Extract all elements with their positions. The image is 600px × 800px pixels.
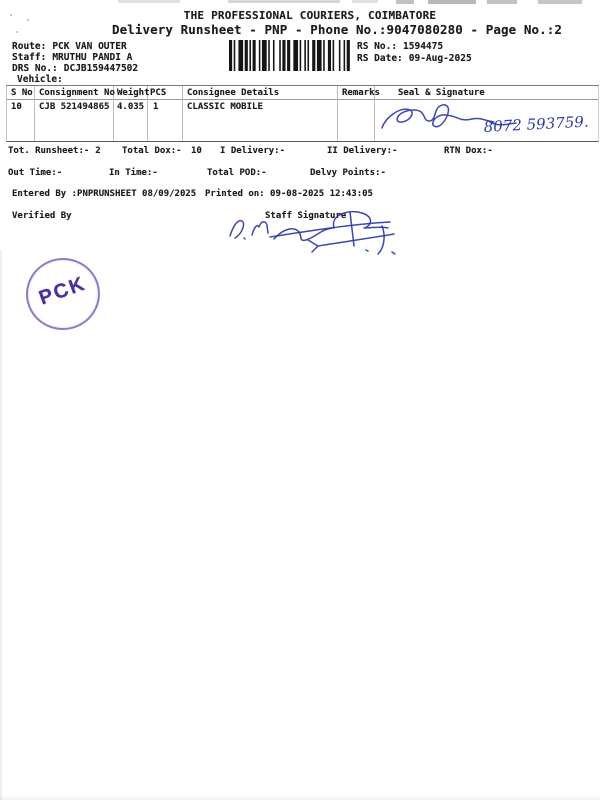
header-consignee-details: Consignee Details	[187, 88, 279, 98]
delvy-points-label: Delvy Points:-	[310, 168, 386, 178]
header-remarks: Remarks	[342, 88, 380, 98]
scan-speck	[10, 14, 12, 16]
scan-artifact	[228, 0, 340, 3]
cell-weight: 4.035	[117, 102, 144, 112]
cell-consignee-details: CLASSIC MOBILE	[187, 102, 263, 112]
rs-no-label: RS No.:	[357, 41, 397, 52]
drs-label: DRS No.:	[12, 63, 58, 74]
scan-artifact	[352, 0, 378, 3]
delivery-i-label: I Delivery:-	[220, 146, 285, 156]
header-consignment-no: Consignment No	[39, 88, 115, 98]
cell-s-no: 10	[11, 102, 22, 112]
pck-stamp: PCK	[22, 254, 103, 333]
staff-label: Staff:	[12, 52, 46, 63]
column-divider	[182, 86, 183, 141]
runsheet-subtitle: Delivery Runsheet - PNP - Phone No.:9047…	[112, 22, 562, 37]
company-title: THE PROFESSIONAL COURIERS, COIMBATORE	[184, 9, 436, 22]
scan-speck	[27, 19, 29, 21]
total-pod-label: Total POD:-	[207, 168, 267, 178]
staff-value: MRUTHU PANDI A	[52, 52, 132, 63]
rs-date-line: RS Date:09-Aug-2025	[357, 53, 472, 64]
drs-line: DRS No.:DCJB159447502	[12, 63, 138, 74]
tot-runsheet: Tot. Runsheet:-2	[8, 146, 101, 156]
scan-artifact	[396, 0, 414, 4]
cell-pcs: 1	[153, 102, 158, 112]
column-divider	[337, 86, 338, 141]
rtn-dox-label: RTN Dox:-	[444, 146, 493, 156]
staff-line: Staff:MRUTHU PANDI A	[12, 52, 132, 63]
staff-signature	[222, 206, 407, 258]
vehicle-line: Vehicle:	[17, 74, 69, 85]
route-value: PCK VAN OUTER	[52, 41, 126, 52]
entered-by: Entered By :PNPRUNSHEET 08/09/2025	[12, 189, 196, 199]
vehicle-label: Vehicle:	[17, 74, 63, 85]
scanned-delivery-runsheet: THE PROFESSIONAL COURIERS, COIMBATORE De…	[0, 0, 600, 800]
rs-date-label: RS Date:	[357, 53, 403, 64]
scan-speck	[16, 31, 18, 33]
rs-date-value: 09-Aug-2025	[409, 53, 472, 64]
out-time-label: Out Time:-	[8, 168, 62, 178]
delivery-ii-label: II Delivery:-	[327, 146, 397, 156]
header-weight: Weight	[117, 88, 150, 98]
scan-edge-bottom	[0, 795, 600, 800]
scan-artifact	[538, 0, 582, 4]
printed-on: Printed on: 09-08-2025 12:43:05	[205, 189, 373, 199]
header-pcs: PCS	[150, 88, 166, 98]
total-dox-value: 10	[191, 146, 202, 156]
scan-artifact	[487, 0, 517, 4]
scan-edge-left	[0, 250, 3, 800]
in-time-label: In Time:-	[109, 168, 158, 178]
drs-value: DCJB159447502	[64, 63, 138, 74]
verified-by-label: Verified By	[12, 211, 72, 221]
header-seal-signature: Seal & Signature	[398, 88, 485, 98]
scan-artifact	[118, 0, 180, 3]
total-dox-label: Total Dox:-	[122, 146, 182, 156]
route-label: Route:	[12, 41, 46, 52]
header-s-no: S No	[11, 88, 33, 98]
column-divider	[34, 86, 35, 141]
scan-artifact	[428, 0, 476, 4]
tot-runsheet-label: Tot. Runsheet:-	[8, 146, 89, 156]
cell-consignment-no: CJB 521494865	[39, 102, 109, 112]
consignee-signature: 8072 593759.	[372, 100, 590, 140]
barcode	[229, 40, 353, 71]
rs-no-line: RS No.:1594475	[357, 41, 443, 52]
tot-runsheet-value: 2	[95, 146, 100, 156]
pck-stamp-text: PCK	[33, 271, 92, 311]
route-line: Route:PCK VAN OUTER	[12, 41, 127, 52]
rs-no-value: 1594475	[403, 41, 443, 52]
signature-phone-number: 8072 593759.	[483, 113, 589, 136]
